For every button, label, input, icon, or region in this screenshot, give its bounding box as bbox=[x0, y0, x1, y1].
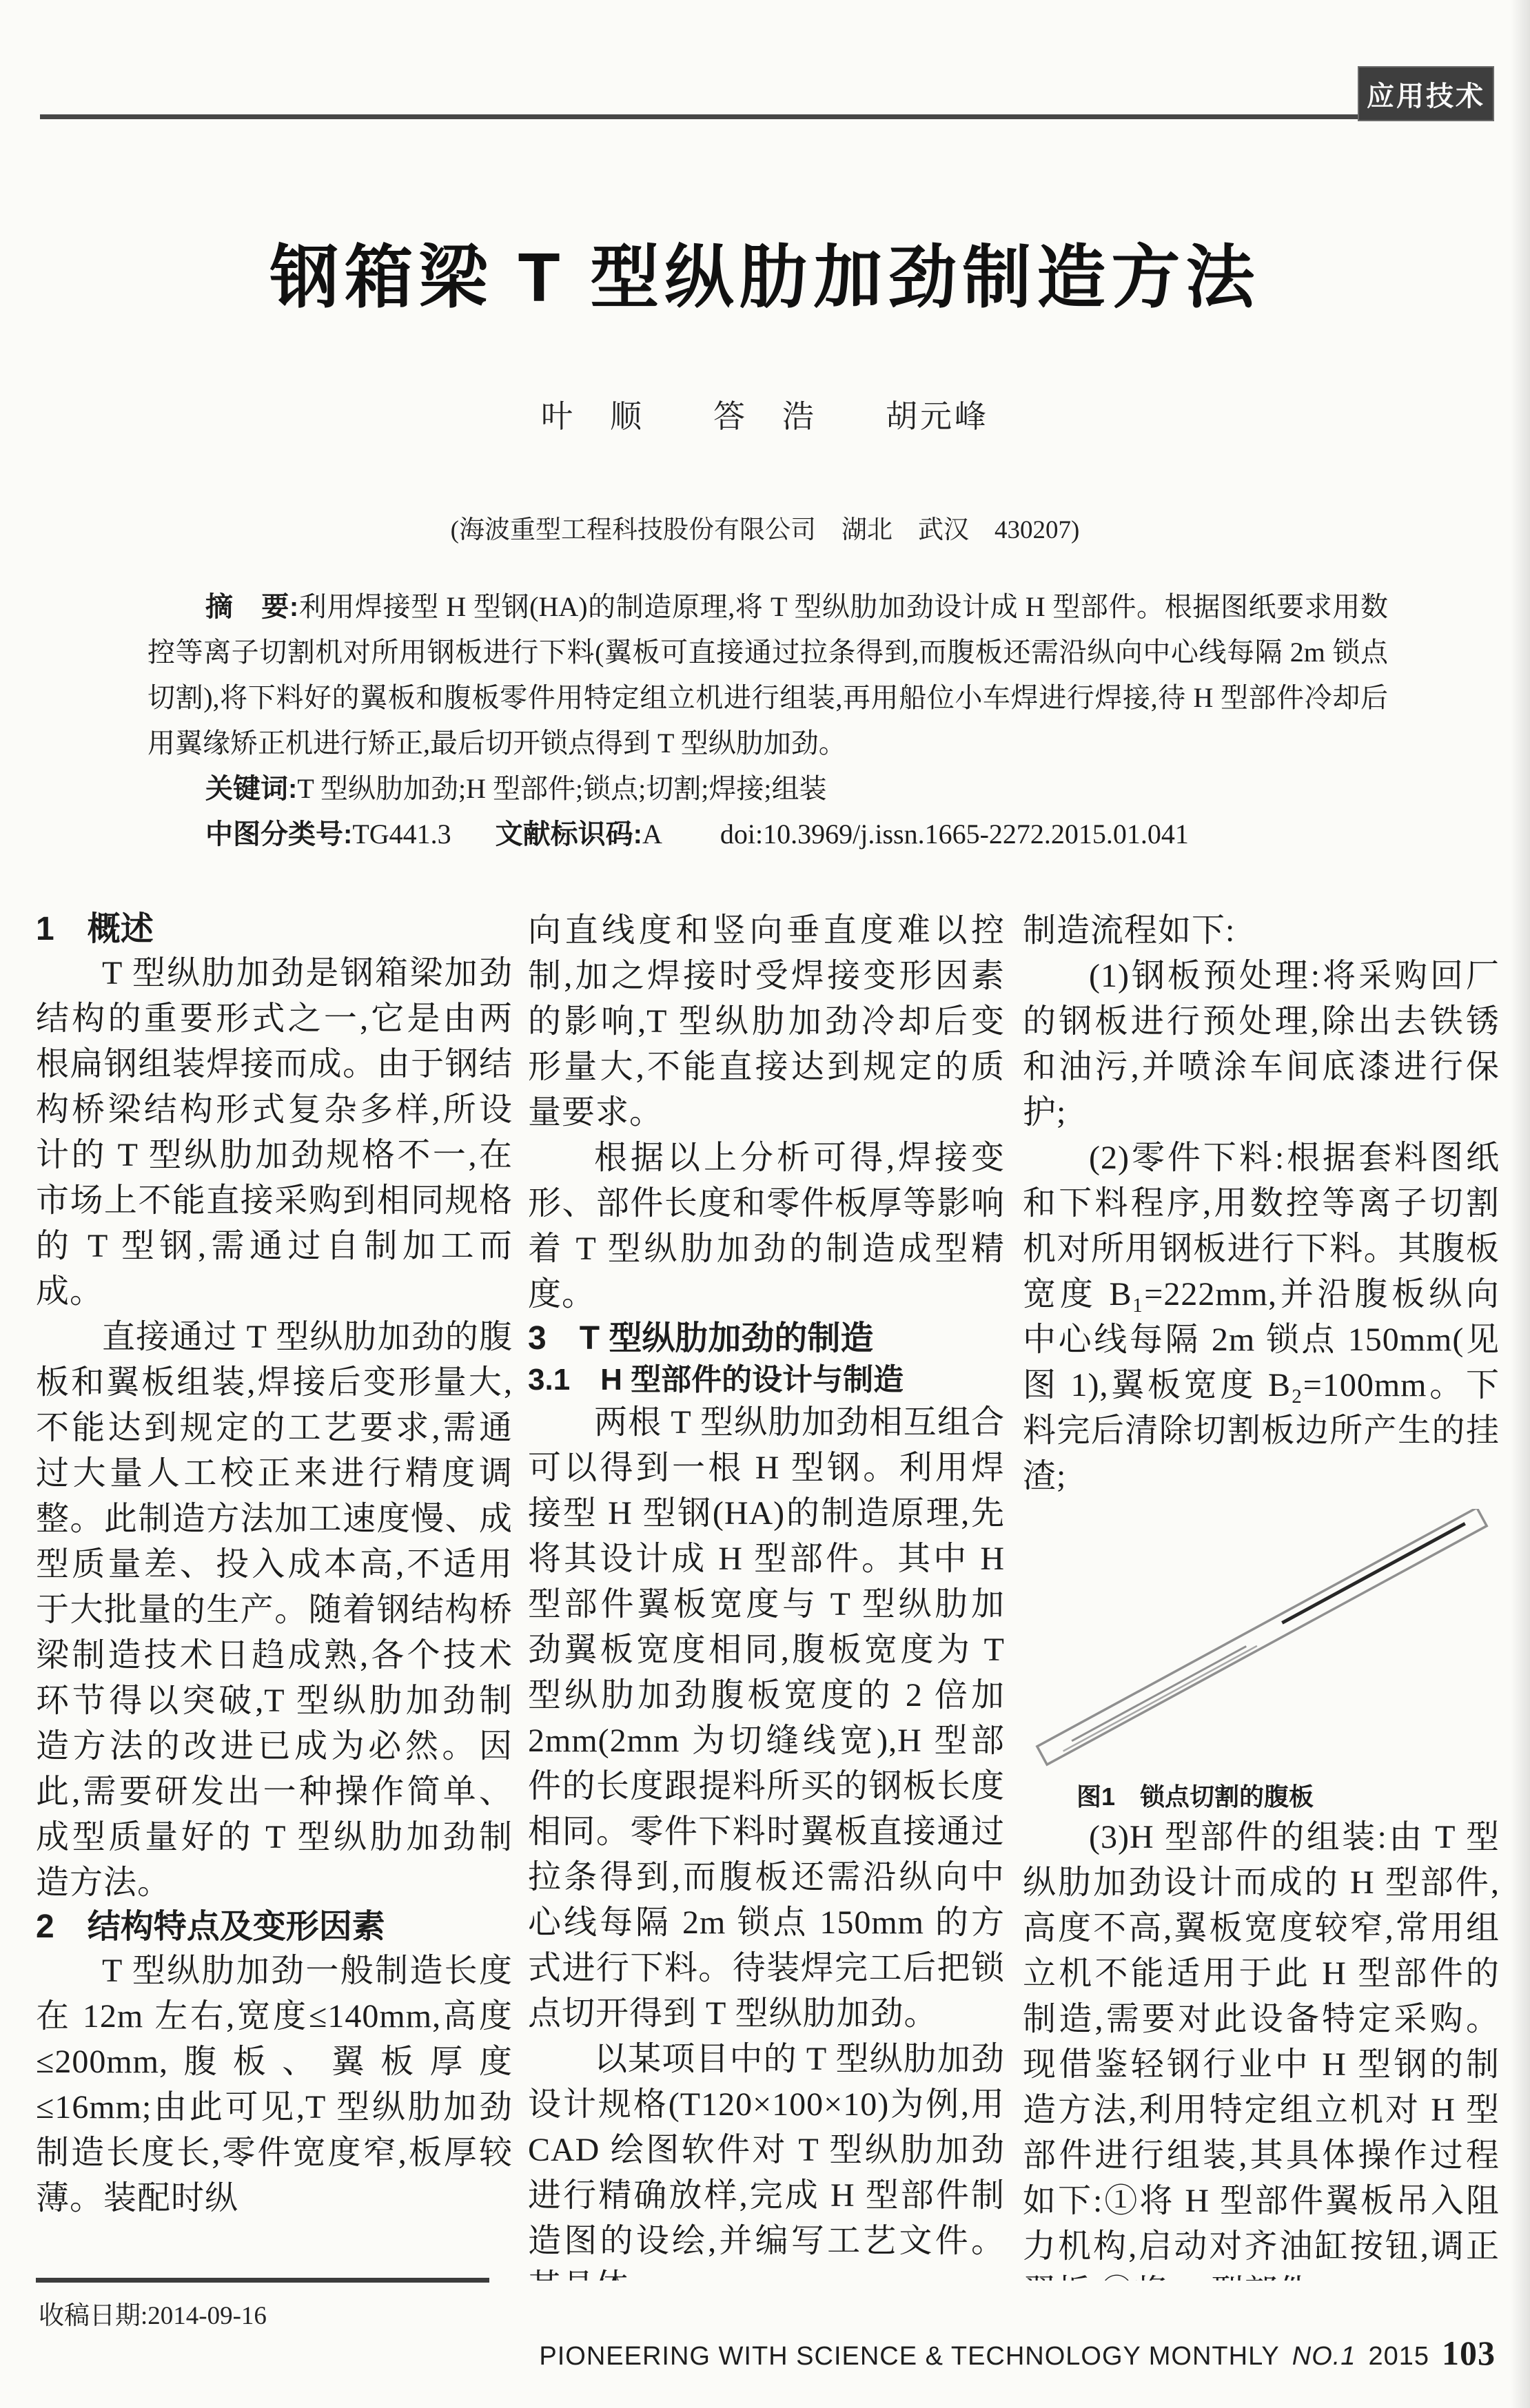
abstract-label: 摘 要: bbox=[205, 592, 298, 622]
section-1-heading: 1 概述 bbox=[36, 908, 513, 951]
journal-year: 2015 bbox=[1368, 2342, 1429, 2371]
process-step-2: (2)零件下料:根据套料图纸和下料程序,用数控等离子切割机对所用钢板进行下料。其… bbox=[1023, 1135, 1500, 1499]
doc-code-label: 文献标识码: bbox=[496, 819, 642, 850]
clc-value: TG441.3 bbox=[352, 819, 451, 850]
doc-code-value: A bbox=[642, 819, 662, 850]
section-1-paragraph-1: T 型纵肋加劲是钢箱梁加劲结构的重要形式之一,它是由两根扁钢组装焊接而成。由于钢… bbox=[36, 951, 513, 1315]
figure-1-caption: 图1 锁点切割的腹板 bbox=[1023, 1779, 1500, 1815]
received-date: 收稿日期:2014-09-16 bbox=[39, 2294, 267, 2332]
journal-name: PIONEERING WITH SCIENCE & TECHNOLOGY MON… bbox=[539, 2342, 1279, 2371]
keywords-label: 关键词: bbox=[205, 774, 297, 804]
process-intro: 制造流程如下: bbox=[1023, 908, 1500, 954]
footnote-rule bbox=[36, 2278, 489, 2283]
figure-1 bbox=[1023, 1509, 1500, 1779]
abstract-text: 利用焊接型 H 型钢(HA)的制造原理,将 T 型纵肋加劲设计成 H 型部件。根… bbox=[147, 591, 1388, 759]
section-3-1-paragraph-2: 以某项目中的 T 型纵肋加劲设计规格(T120×100×10)为例,用 CAD … bbox=[528, 2037, 1005, 2281]
process-step-3: (3)H 型部件的组装:由 T 型纵肋加劲设计而成的 H 型部件,高度不高,翼板… bbox=[1023, 1815, 1500, 2281]
section-2-paragraph-2: 根据以上分析可得,焊接变形、部件长度和零件板厚等影响着 T 型纵肋加劲的制造成型… bbox=[528, 1135, 1005, 1317]
doi: doi:10.3969/j.issn.1665-2272.2015.01.041 bbox=[720, 819, 1189, 850]
process-step-1: (1)钢板预处理:将采购回厂的钢板进行预处理,除出去铁锈和油污,并喷涂车间底漆进… bbox=[1023, 954, 1500, 1135]
section-2-paragraph-1: T 型纵肋加劲一般制造长度在 12m 左右,宽度≤140mm,高度≤200mm,… bbox=[36, 1948, 513, 2221]
section-2-paragraph-continuation: 向直线度和竖向垂直度难以控制,加之焊接时受焊接变形因素的影响,T 型纵肋加劲冷却… bbox=[528, 908, 1005, 1135]
abstract-paragraph: 摘 要:利用焊接型 H 型钢(HA)的制造原理,将 T 型纵肋加劲设计成 H 型… bbox=[147, 584, 1388, 766]
header-rule bbox=[40, 114, 1493, 119]
keywords-text: T 型纵肋加劲;H 型部件;锁点;切割;焊接;组装 bbox=[297, 773, 826, 804]
author-names: 叶 顺 答 浩 胡元峰 bbox=[0, 391, 1530, 437]
abstract-block: 摘 要:利用焊接型 H 型钢(HA)的制造原理,将 T 型纵肋加劲设计成 H 型… bbox=[147, 584, 1388, 857]
column-2: 向直线度和竖向垂直度难以控制,加之焊接时受焊接变形因素的影响,T 型纵肋加劲冷却… bbox=[528, 908, 1005, 2281]
column-3: 制造流程如下: (1)钢板预处理:将采购回厂的钢板进行预处理,除出去铁锈和油污,… bbox=[1023, 908, 1500, 2281]
keywords-line: 关键词:T 型纵肋加劲;H 型部件;锁点;切割;焊接;组装 bbox=[147, 766, 1388, 812]
web-plate-diagram bbox=[1023, 1509, 1500, 1779]
section-3-1-heading: 3.1 H 型部件的设计与制造 bbox=[528, 1360, 1005, 1400]
section-3-heading: 3 T 型纵肋加劲的制造 bbox=[528, 1317, 1005, 1360]
section-1-paragraph-2: 直接通过 T 型纵肋加劲的腹板和翼板组装,焊接后变形量大,不能达到规定的工艺要求… bbox=[36, 1315, 513, 1906]
clc-label: 中图分类号: bbox=[205, 819, 352, 850]
category-badge: 应用技术 bbox=[1359, 68, 1493, 120]
page-number: 103 bbox=[1442, 2333, 1496, 2373]
article-title: 钢箱梁 T 型纵肋加劲制造方法 bbox=[0, 222, 1530, 321]
journal-footer: PIONEERING WITH SCIENCE & TECHNOLOGY MON… bbox=[539, 2333, 1496, 2373]
section-3-1-paragraph-1: 两根 T 型纵肋加劲相互组合可以得到一根 H 型钢。利用焊接型 H 型钢(HA)… bbox=[528, 1400, 1005, 2037]
section-2-heading: 2 结构特点及变形因素 bbox=[36, 1906, 513, 1948]
scanned-article-page: 应用技术 钢箱梁 T 型纵肋加劲制造方法 叶 顺 答 浩 胡元峰 (海波重型工程… bbox=[0, 0, 1530, 2408]
column-1: 1 概述 T 型纵肋加劲是钢箱梁加劲结构的重要形式之一,它是由两根扁钢组装焊接而… bbox=[36, 908, 513, 2281]
classification-line: 中图分类号:TG441.3文献标识码:Adoi:10.3969/j.issn.1… bbox=[147, 812, 1388, 857]
affiliation: (海波重型工程科技股份有限公司 湖北 武汉 430207) bbox=[0, 508, 1530, 546]
journal-issue: NO.1 bbox=[1292, 2342, 1356, 2371]
